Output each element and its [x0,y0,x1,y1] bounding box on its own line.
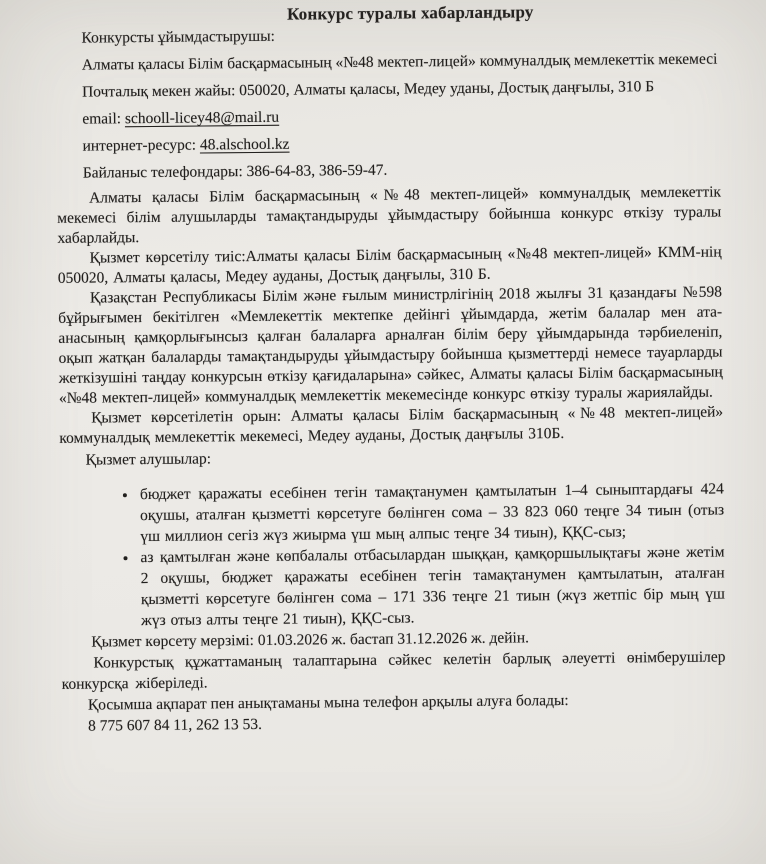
email-label: email: [82,110,121,127]
scanned-document-page: Конкурс туралы хабарландыру Конкурсты ұй… [0,0,766,864]
recipients-list-item: аз қамтылған және көпбалалы отбасылардан… [138,541,725,631]
document-body: Конкурс туралы хабарландыру Конкурсты ұй… [55,1,726,737]
website-address: 48.alschool.kz [200,136,290,154]
service-target-paragraph: Қызмет көрсетілу тиіс:Алматы қаласы Білі… [58,242,722,288]
recipients-list-item: бюджет қаражаты есебінен тегін тамақтану… [138,478,725,547]
website-label: интернет-ресурс: [82,137,196,155]
service-place-paragraph: Қызмет көрсетілетін орын: Алматы қаласы … [59,402,723,448]
eligibility-paragraph: Конкурстық құжаттаманың талаптарына сәйк… [61,646,725,694]
email-line: email: schooll-licey48@mail.ru [56,102,720,131]
organizer-name: Алматы қаласы Білім басқармасының «№48 м… [56,48,720,77]
postal-address-line: Почталық мекен жайы: 050020, Алматы қала… [56,75,720,104]
recipients-list: бюджет қаражаты есебінен тегін тамақтану… [60,478,725,631]
organizer-contact-block: Конкурсты ұйымдастырушы: Алматы қаласы Б… [55,21,720,185]
contact-phones-line: Байланыс телефондары: 386-64-83, 386-59-… [57,156,721,185]
announcement-paragraph: Алматы қаласы Білім басқармасының «№48 м… [57,182,722,248]
legal-basis-paragraph: Қазақстан Республикасы Білім және ғылым … [58,282,723,408]
email-address: schooll-licey48@mail.ru [125,109,279,127]
website-line: интернет-ресурс: 48.alschool.kz [56,129,720,158]
